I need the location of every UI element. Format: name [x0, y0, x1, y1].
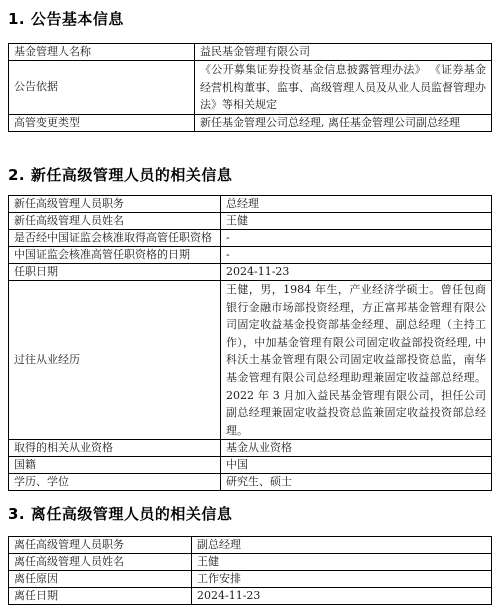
departing-manager-table: 离任高级管理人员职务副总经理 离任高级管理人员姓名王健 离任原因工作安排 离任日…	[8, 536, 492, 605]
table-row: 离任原因工作安排	[9, 571, 492, 588]
row-value: 工作安排	[192, 571, 492, 588]
row-label: 中国证监会核准高管任职资格的日期	[9, 247, 221, 264]
row-label: 离任高级管理人员职务	[9, 537, 192, 554]
row-value: 王健，男，1984 年生，产业经济学硕士。曾任包商银行金融市场部投资经理，方正富…	[221, 281, 492, 440]
row-value: 新任基金管理公司总经理, 离任基金管理公司副总经理	[195, 114, 492, 131]
row-value: 王健	[221, 213, 492, 230]
row-label: 离任原因	[9, 571, 192, 588]
row-label: 过往从业经历	[9, 281, 221, 440]
row-value: 副总经理	[192, 537, 492, 554]
table-row: 离任日期2024-11-23	[9, 588, 492, 605]
table-row: 公告依据 《公开募集证券投资基金信息披露管理办法》 《证券基金经营机构董事、监事…	[9, 61, 492, 115]
row-label: 高管变更类型	[9, 114, 195, 131]
table-row: 新任高级管理人员姓名王健	[9, 213, 492, 230]
row-label: 新任高级管理人员职务	[9, 196, 221, 213]
row-label: 公告依据	[9, 61, 195, 115]
row-label: 取得的相关从业资格	[9, 440, 221, 457]
row-value: -	[221, 230, 492, 247]
row-label: 基金管理人名称	[9, 44, 195, 61]
row-value: 王健	[192, 554, 492, 571]
row-value: 2024-11-23	[221, 264, 492, 281]
table-row: 离任高级管理人员职务副总经理	[9, 537, 492, 554]
new-manager-table: 新任高级管理人员职务总经理 新任高级管理人员姓名王健 是否经中国证监会核准取得高…	[8, 195, 492, 491]
row-value: 总经理	[221, 196, 492, 213]
table-row: 是否经中国证监会核准取得高管任职资格-	[9, 230, 492, 247]
row-label: 国籍	[9, 457, 221, 474]
row-value: 2024-11-23	[192, 588, 492, 605]
table-row: 取得的相关从业资格基金从业资格	[9, 440, 492, 457]
table-row: 国籍中国	[9, 457, 492, 474]
row-value: 《公开募集证券投资基金信息披露管理办法》 《证券基金经营机构董事、监事、高级管理…	[195, 61, 492, 115]
table-row: 基金管理人名称 益民基金管理有限公司	[9, 44, 492, 61]
table-row: 中国证监会核准高管任职资格的日期-	[9, 247, 492, 264]
section-1-title: 1. 公告基本信息	[8, 8, 124, 29]
row-label: 任职日期	[9, 264, 221, 281]
table-row: 学历、学位研究生、硕士	[9, 474, 492, 491]
row-value: 益民基金管理有限公司	[195, 44, 492, 61]
section-3-title: 3. 离任高级管理人员的相关信息	[8, 503, 232, 524]
table-row: 任职日期2024-11-23	[9, 264, 492, 281]
row-label: 离任高级管理人员姓名	[9, 554, 192, 571]
row-value: 基金从业资格	[221, 440, 492, 457]
row-label: 新任高级管理人员姓名	[9, 213, 221, 230]
row-value: -	[221, 247, 492, 264]
table-row: 离任高级管理人员姓名王健	[9, 554, 492, 571]
row-label: 离任日期	[9, 588, 192, 605]
row-label: 学历、学位	[9, 474, 221, 491]
section-2-title: 2. 新任高级管理人员的相关信息	[8, 164, 232, 185]
row-label: 是否经中国证监会核准取得高管任职资格	[9, 230, 221, 247]
table-row: 高管变更类型 新任基金管理公司总经理, 离任基金管理公司副总经理	[9, 114, 492, 131]
basic-info-table: 基金管理人名称 益民基金管理有限公司 公告依据 《公开募集证券投资基金信息披露管…	[8, 43, 492, 132]
table-row: 新任高级管理人员职务总经理	[9, 196, 492, 213]
row-value: 中国	[221, 457, 492, 474]
table-row: 过往从业经历王健，男，1984 年生，产业经济学硕士。曾任包商银行金融市场部投资…	[9, 281, 492, 440]
row-value: 研究生、硕士	[221, 474, 492, 491]
